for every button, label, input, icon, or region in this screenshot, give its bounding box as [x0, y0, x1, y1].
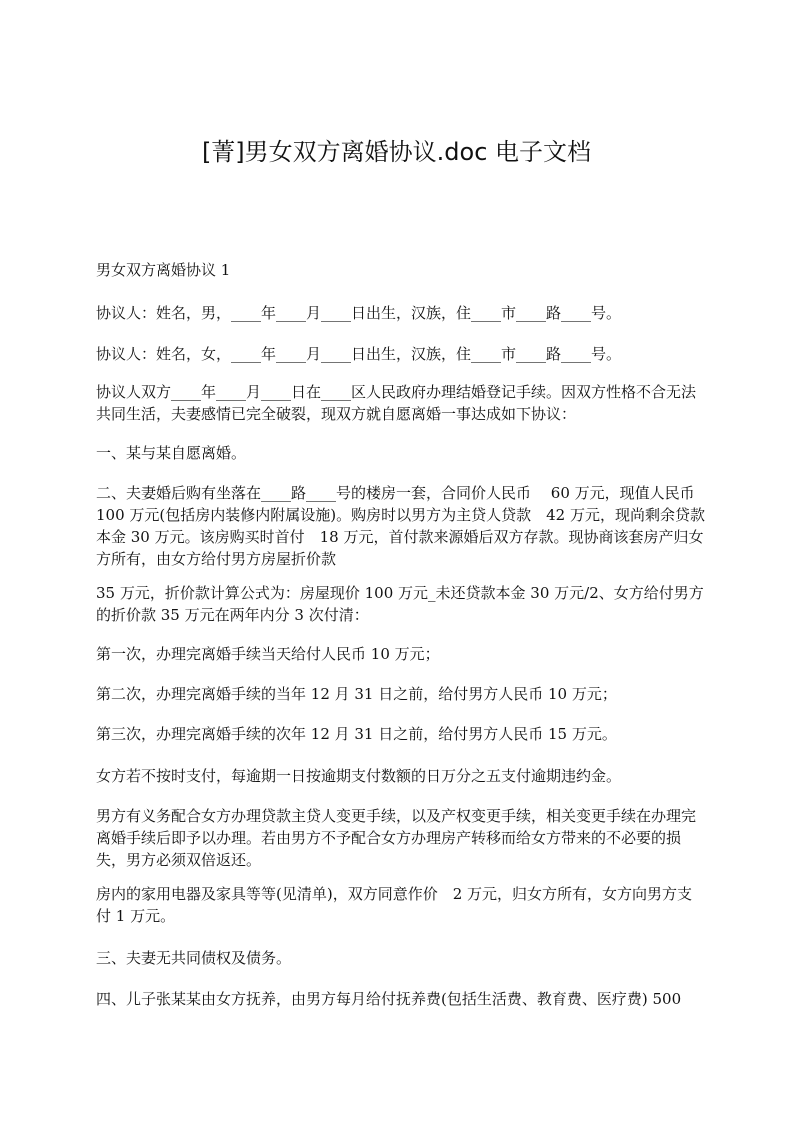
document-page: [菁]男女双方离婚协议.doc 电子文档 男女双方离婚协议 1 协议人：姓名，男…	[0, 0, 793, 1122]
third-payment-paragraph: 第三次，办理完离婚手续的次年 12 月 31 日之前，给付男方人民币 15 万元…	[96, 723, 706, 745]
party-male-paragraph: 协议人：姓名，男，____年____月____日出生，汉族，住____市____…	[96, 302, 706, 324]
clause-1-paragraph: 一、某与某自愿离婚。	[96, 442, 706, 464]
clause-3-paragraph: 三、夫妻无共同债权及债务。	[96, 947, 706, 969]
transfer-obligation-paragraph: 男方有义务配合女方办理贷款主贷人变更手续，以及产权变更手续，相关变更手续在办理完…	[96, 805, 706, 871]
first-payment-paragraph: 第一次，办理完离婚手续当天给付人民币 10 万元；	[96, 643, 706, 665]
payment-formula-paragraph: 35 万元，折价款计算公式为：房屋现价 100 万元_未还贷款本金 30 万元/…	[96, 582, 706, 626]
document-title: [菁]男女双方离婚协议.doc 电子文档	[0, 136, 793, 168]
marriage-registration-paragraph: 协议人双方____年____月____日在____区人民政府办理结婚登记手续。因…	[96, 381, 706, 425]
agreement-heading: 男女双方离婚协议 1	[96, 259, 706, 281]
clause-4-custody-paragraph: 四、儿子张某某由女方抚养，由男方每月给付抚养费(包括生活费、教育费、医疗费) 5…	[96, 988, 706, 1010]
party-female-paragraph: 协议人：姓名，女，____年____月____日出生，汉族，住____市____…	[96, 343, 706, 365]
late-penalty-paragraph: 女方若不按时支付，每逾期一日按逾期支付数额的日万分之五支付逾期违约金。	[96, 765, 706, 787]
household-items-paragraph: 房内的家用电器及家具等等(见清单)，双方同意作价 2 万元，归女方所有，女方向男…	[96, 883, 706, 927]
second-payment-paragraph: 第二次，办理完离婚手续的当年 12 月 31 日之前，给付男方人民币 10 万元…	[96, 683, 706, 705]
clause-2-property-paragraph: 二、夫妻婚后购有坐落在____路____号的楼房一套，合同价人民币 60 万元，…	[96, 482, 706, 570]
